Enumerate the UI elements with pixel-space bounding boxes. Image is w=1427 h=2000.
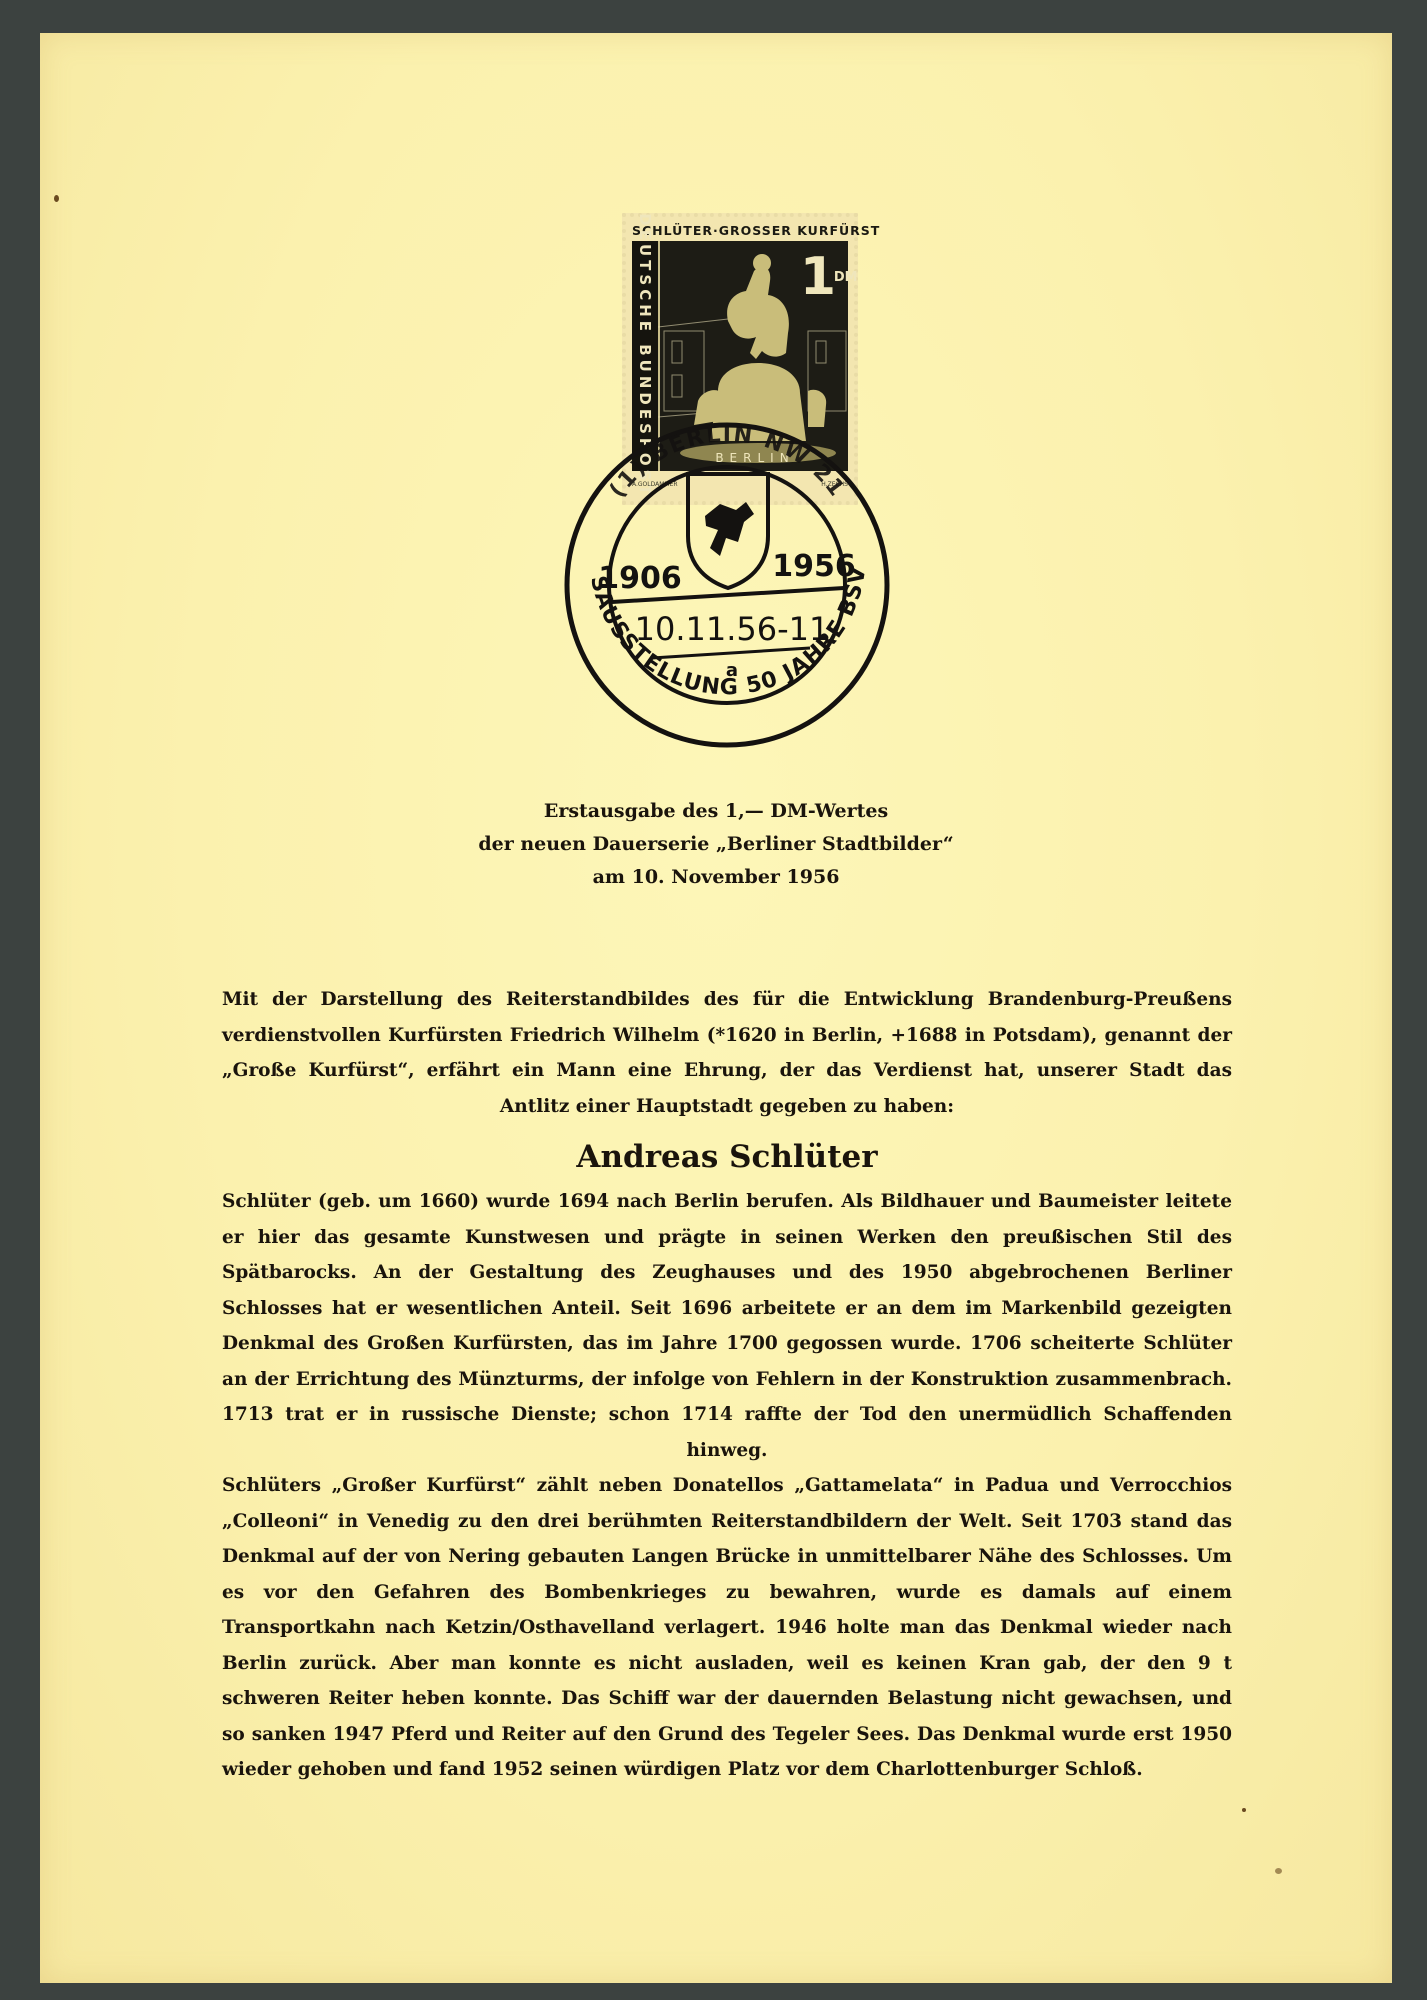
berlin-bear-shield-icon	[688, 474, 768, 588]
intro-paragraph: Mit der Darstellung des Reiterstandbilde…	[222, 982, 1232, 1124]
issue-heading: Erstausgabe des 1,— DM-Wertes der neuen …	[40, 795, 1392, 894]
section-title: Andreas Schlüter	[222, 1136, 1232, 1178]
postmark-code: a	[726, 660, 738, 681]
commemorative-postmark: JUBILÄUMSAUSSTELLUNG 50 JAHRE BSV. MOABI…	[560, 418, 895, 753]
body-text: Mit der Darstellung des Reiterstandbilde…	[222, 982, 1232, 1788]
paper-speck	[1275, 1868, 1282, 1874]
postmark-ring-top: (1) BERLIN NW 21	[605, 422, 850, 502]
heading-line-1: Erstausgabe des 1,— DM-Wertes	[40, 795, 1392, 828]
biography-paragraph: Schlüter (geb. um 1660) wurde 1694 nach …	[222, 1184, 1232, 1468]
svg-text:(1) BERLIN NW 21: (1) BERLIN NW 21	[605, 422, 850, 502]
postmark-year-right: 1956	[772, 549, 856, 584]
heading-line-2: der neuen Dauerserie „Berliner Stadtbild…	[40, 828, 1392, 861]
paper-speck	[54, 195, 59, 202]
stamp-value-number: 1	[800, 247, 836, 307]
postmark-year-left: 1906	[598, 561, 682, 596]
stamp-value-currency: DM	[834, 271, 846, 284]
postmark-date: 10.11.56-11	[635, 610, 830, 648]
monument-paragraph: Schlüters „Großer Kurfürst“ zählt neben …	[222, 1468, 1232, 1788]
document-sheet: SCHLÜTER·GROSSER KURFÜRST DEUTSCHE BUNDE…	[40, 33, 1392, 1983]
heading-line-3: am 10. November 1956	[40, 861, 1392, 894]
stamp-denomination: 1 DM	[800, 251, 836, 303]
stamp-top-inscription: SCHLÜTER·GROSSER KURFÜRST	[632, 223, 848, 241]
paper-speck	[1242, 1808, 1246, 1812]
